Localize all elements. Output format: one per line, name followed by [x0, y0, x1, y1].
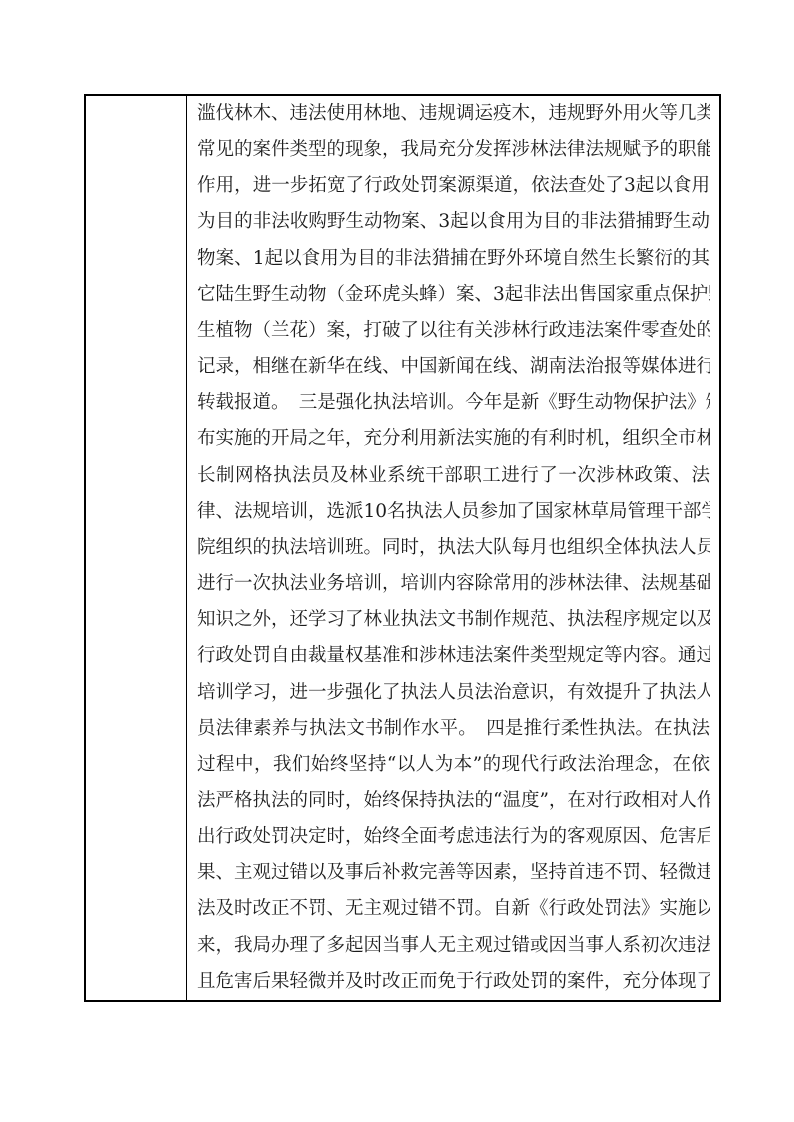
document-page: 滥伐林木、违法使用林地、违规调运疫木，违规野外用火等几类 常见的案件类型的现象，… — [0, 0, 794, 1122]
text-line: 法严格执法的同时，始终保持执法的“温度”，在对行政相对人作 — [197, 783, 710, 819]
text-line: 过程中，我们始终坚持“以人为本”的现代行政法治理念，在依 — [197, 747, 710, 783]
text-line: 员法律素养与执法文书制作水平。 四是推行柔性执法。在执法 — [197, 711, 710, 747]
text-line: 且危害后果轻微并及时改正而免于行政处罚的案件，充分体现了 — [197, 964, 710, 1000]
text-line: 果、主观过错以及事后补救完善等因素，坚持首违不罚、轻微违 — [197, 855, 710, 891]
text-line: 行政处罚自由裁量权基准和涉林违法案件类型规定等内容。通过 — [197, 638, 710, 674]
text-line: 生植物（兰花）案，打破了以往有关涉林行政违法案件零查处的 — [197, 313, 710, 349]
text-line: 来，我局办理了多起因当事人无主观过错或因当事人系初次违法 — [197, 928, 710, 964]
text-line: 培训学习，进一步强化了执法人员法治意识，有效提升了执法人 — [197, 675, 710, 711]
text-line: 进行一次执法业务培训，培训内容除常用的涉林法律、法规基础 — [197, 566, 710, 602]
text-line: 滥伐林木、违法使用林地、违规调运疫木，违规野外用火等几类 — [197, 96, 710, 132]
text-line: 律、法规培训，选派10名执法人员参加了国家林草局管理干部学 — [197, 494, 710, 530]
text-line: 长制网格执法员及林业系统干部职工进行了一次涉林政策、法 — [197, 458, 710, 494]
text-line: 出行政处罚决定时，始终全面考虑违法行为的客观原因、危害后 — [197, 819, 710, 855]
text-line: 常见的案件类型的现象，我局充分发挥涉林法律法规赋予的职能 — [197, 132, 710, 168]
text-line: 物案、1起以食用为目的非法猎捕在野外环境自然生长繁衍的其 — [197, 241, 710, 277]
text-line: 作用，进一步拓宽了行政处罚案源渠道，依法查处了3起以食用 — [197, 168, 710, 204]
text-line: 记录，相继在新华在线、中国新闻在线、湖南法治报等媒体进行 — [197, 349, 710, 385]
text-line: 它陆生野生动物（金环虎头蜂）案、3起非法出售国家重点保护野 — [197, 277, 710, 313]
table-body-cell: 滥伐林木、违法使用林地、违规调运疫木，违规野外用火等几类 常见的案件类型的现象，… — [187, 96, 719, 1000]
text-line: 转载报道。 三是强化执法培训。今年是新《野生动物保护法》颁 — [197, 385, 710, 421]
report-table: 滥伐林木、违法使用林地、违规调运疫木，违规野外用火等几类 常见的案件类型的现象，… — [84, 94, 721, 1002]
text-line: 院组织的执法培训班。同时，执法大队每月也组织全体执法人员 — [197, 530, 710, 566]
text-line: 为目的非法收购野生动物案、3起以食用为目的非法猎捕野生动 — [197, 204, 710, 240]
table-left-cell — [86, 96, 187, 1000]
text-line: 法及时改正不罚、无主观过错不罚。自新《行政处罚法》实施以 — [197, 891, 710, 927]
text-line: 知识之外，还学习了林业执法文书制作规范、执法程序规定以及 — [197, 602, 710, 638]
text-line: 布实施的开局之年，充分利用新法实施的有利时机，组织全市林 — [197, 421, 710, 457]
